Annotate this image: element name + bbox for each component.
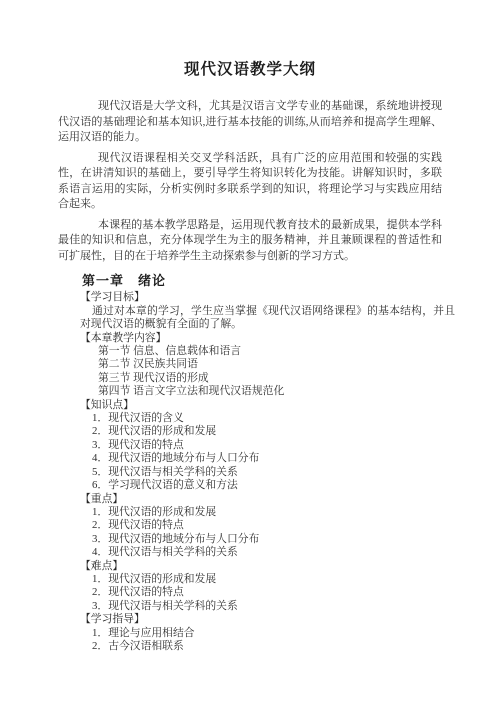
knowledge-item: 4．现代汉语的地域分布与人口分布 — [80, 452, 455, 465]
guidance-item: 1．理论与应用相结合 — [80, 627, 455, 640]
chapter-section: 第一章 绪论 【学习目标】 通过对本章的学习，学生应当掌握《现代汉语网络课程》的… — [80, 274, 455, 653]
keypoint-item: 3．现代汉语的地域分布与人口分布 — [80, 533, 455, 546]
toc-item: 第二节 汉民族共同语 — [80, 358, 455, 371]
knowledge-item: 5．现代汉语与相关学科的关系 — [80, 466, 455, 479]
knowledge-item: 1．现代汉语的含义 — [80, 412, 455, 425]
keypoint-item: 1．现代汉语的形成和发展 — [80, 506, 455, 519]
knowledge-item: 2．现代汉语的形成和发展 — [80, 425, 455, 438]
keypoint-item: 2．现代汉语的特点 — [80, 519, 455, 532]
intro-section: 现代汉语是大学文科，尤其是汉语言文学专业的基础课，系统地讲授现代汉语的基础理论和… — [58, 99, 442, 264]
chapter-heading: 第一章 绪论 — [82, 274, 455, 287]
document-page: 现代汉语教学大纲 现代汉语是大学文科，尤其是汉语言文学专业的基础课，系统地讲授现… — [0, 0, 500, 707]
difficulties-list: 1．现代汉语的形成和发展 2．现代汉语的特点 3．现代汉语与相关学科的关系 — [80, 573, 455, 613]
guidance-item: 2．古今汉语相联系 — [80, 640, 455, 653]
difficulty-item: 2．现代汉语的特点 — [80, 586, 455, 599]
difficulty-item: 3．现代汉语与相关学科的关系 — [80, 600, 455, 613]
knowledge-list: 1．现代汉语的含义 2．现代汉语的形成和发展 3．现代汉语的特点 4．现代汉语的… — [80, 412, 455, 492]
keypoints-header: 【重点】 — [80, 493, 455, 506]
document-title: 现代汉语教学大纲 — [0, 0, 500, 79]
difficulty-item: 1．现代汉语的形成和发展 — [80, 573, 455, 586]
intro-paragraph-3: 本课程的基本教学思路是，运用现代教育技术的最新成果，提供本学科最佳的知识和信息，… — [58, 218, 442, 265]
keypoint-item: 4．现代汉语与相关学科的关系 — [80, 546, 455, 559]
toc-item: 第四节 语言文字立法和现代汉语规范化 — [80, 385, 455, 398]
objectives-text: 通过对本章的学习，学生应当掌握《现代汉语网络课程》的基本结构，并且对现代汉语的概… — [80, 305, 455, 332]
guidance-list: 1．理论与应用相结合 2．古今汉语相联系 — [80, 627, 455, 654]
toc-item: 第三节 现代汉语的形成 — [80, 372, 455, 385]
objectives-header: 【学习目标】 — [80, 291, 455, 304]
intro-paragraph-2: 现代汉语课程相关交叉学科活跃，具有广泛的应用范围和较强的实践性，在讲清知识的基础… — [58, 151, 442, 213]
intro-paragraph-1: 现代汉语是大学文科，尤其是汉语言文学专业的基础课，系统地讲授现代汉语的基础理论和… — [58, 99, 442, 146]
knowledge-item: 6．学习现代汉语的意义和方法 — [80, 479, 455, 492]
knowledge-header: 【知识点】 — [80, 399, 455, 412]
contents-header: 【本章教学内容】 — [80, 332, 455, 345]
guidance-header: 【学习指导】 — [80, 613, 455, 626]
keypoints-list: 1．现代汉语的形成和发展 2．现代汉语的特点 3．现代汉语的地域分布与人口分布 … — [80, 506, 455, 560]
toc-item: 第一节 信息、信息载体和语言 — [80, 345, 455, 358]
contents-list: 第一节 信息、信息载体和语言 第二节 汉民族共同语 第三节 现代汉语的形成 第四… — [80, 345, 455, 399]
difficulties-header: 【难点】 — [80, 560, 455, 573]
knowledge-item: 3．现代汉语的特点 — [80, 439, 455, 452]
